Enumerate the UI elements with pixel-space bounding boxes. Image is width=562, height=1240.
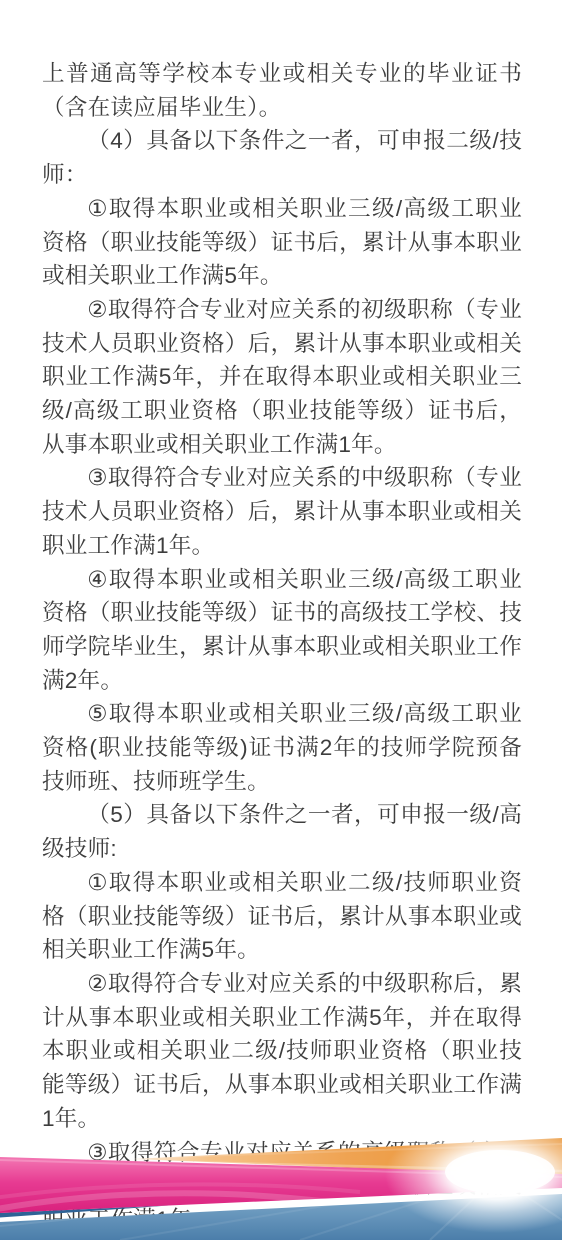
paragraph: ①取得本职业或相关职业三级/高级工职业资格（职业技能等级）证书后，累计从事本职业… xyxy=(42,192,522,293)
paragraph: （5）具备以下条件之一者，可申报一级/高级技师: xyxy=(42,798,522,865)
light-burst-core xyxy=(445,1150,555,1194)
paragraph: 上普通高等学校本专业或相关专业的毕业证书（含在读应届毕业生）。 xyxy=(42,57,522,124)
paragraph: ②取得符合专业对应关系的初级职称（专业技术人员职业资格）后，累计从事本职业或相关… xyxy=(42,293,522,462)
footer-decoration xyxy=(0,1130,562,1240)
paragraph: ②取得符合专业对应关系的中级职称后，累计从事本职业或相关职业工作满5年，并在取得… xyxy=(42,967,522,1136)
paragraph: ①取得本职业或相关职业二级/技师职业资格（职业技能等级）证书后，累计从事本职业或… xyxy=(42,866,522,967)
paragraph: （4）具备以下条件之一者，可申报二级/技师： xyxy=(42,124,522,191)
paragraph: ④取得本职业或相关职业三级/高级工职业资格（职业技能等级）证书的高级技工学校、技… xyxy=(42,563,522,698)
paragraph: ⑤取得本职业或相关职业三级/高级工职业资格(职业技能等级)证书满2年的技师学院预… xyxy=(42,697,522,798)
document-page: 上普通高等学校本专业或相关专业的毕业证书（含在读应届毕业生）。（4）具备以下条件… xyxy=(0,0,562,1240)
paragraph: ③取得符合专业对应关系的中级职称（专业技术人员职业资格）后，累计从事本职业或相关… xyxy=(42,461,522,562)
document-body: 上普通高等学校本专业或相关专业的毕业证书（含在读应届毕业生）。（4）具备以下条件… xyxy=(42,57,522,1237)
